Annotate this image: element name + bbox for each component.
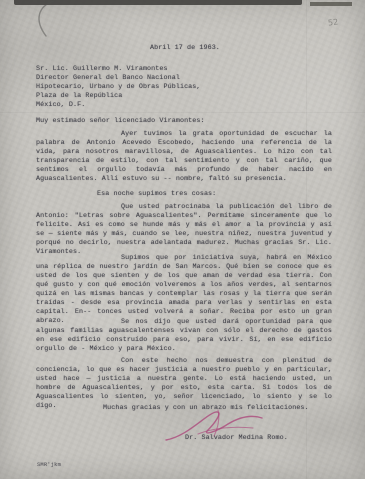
letter-page: 52 Abril 17 de 1963. Sr. Lic. Guillermo … bbox=[0, 0, 365, 479]
recipient-institution: Hipotecario, Urbano y de Obras Públicas, bbox=[36, 83, 201, 91]
recipient-address: Plaza de la República bbox=[36, 92, 122, 100]
subhead: Esa noche supimos tres cosas: bbox=[97, 190, 216, 199]
signature-typed-name: Dr. Salvador Medina Romo. bbox=[185, 434, 288, 443]
recipient-title: Director General del Banco Nacional bbox=[36, 74, 180, 82]
paragraph-2: Que usted patrocinaba la publicación del… bbox=[36, 203, 332, 257]
pencil-mark bbox=[24, 0, 64, 40]
paragraph-3: Supimos que por iniciativa suya, habrá e… bbox=[36, 254, 332, 326]
scan-edge-artifact-right bbox=[310, 2, 352, 6]
letter-date: Abril 17 de 1963. bbox=[150, 44, 220, 53]
paragraph-4: Se nos dijo que usted dará oportunidad p… bbox=[36, 318, 332, 354]
pencil-note: 52 bbox=[327, 17, 338, 27]
paper-crease-horizontal bbox=[0, 112, 365, 114]
recipient-city: México, D.F. bbox=[36, 101, 85, 109]
typist-initials: SMR'jkm bbox=[37, 461, 61, 470]
paragraph-1: Ayer tuvimos la grata oportunidad de esc… bbox=[36, 130, 332, 184]
recipient-block: Sr. Lic. Guillermo M. ViramontesDirector… bbox=[36, 65, 201, 110]
paragraph-5: Con este hecho nos demuestra con plenitu… bbox=[36, 357, 332, 411]
recipient-name: Sr. Lic. Guillermo M. Viramontes bbox=[36, 65, 168, 73]
salutation: Muy estimado señor licenciado Viramontes… bbox=[36, 117, 205, 126]
